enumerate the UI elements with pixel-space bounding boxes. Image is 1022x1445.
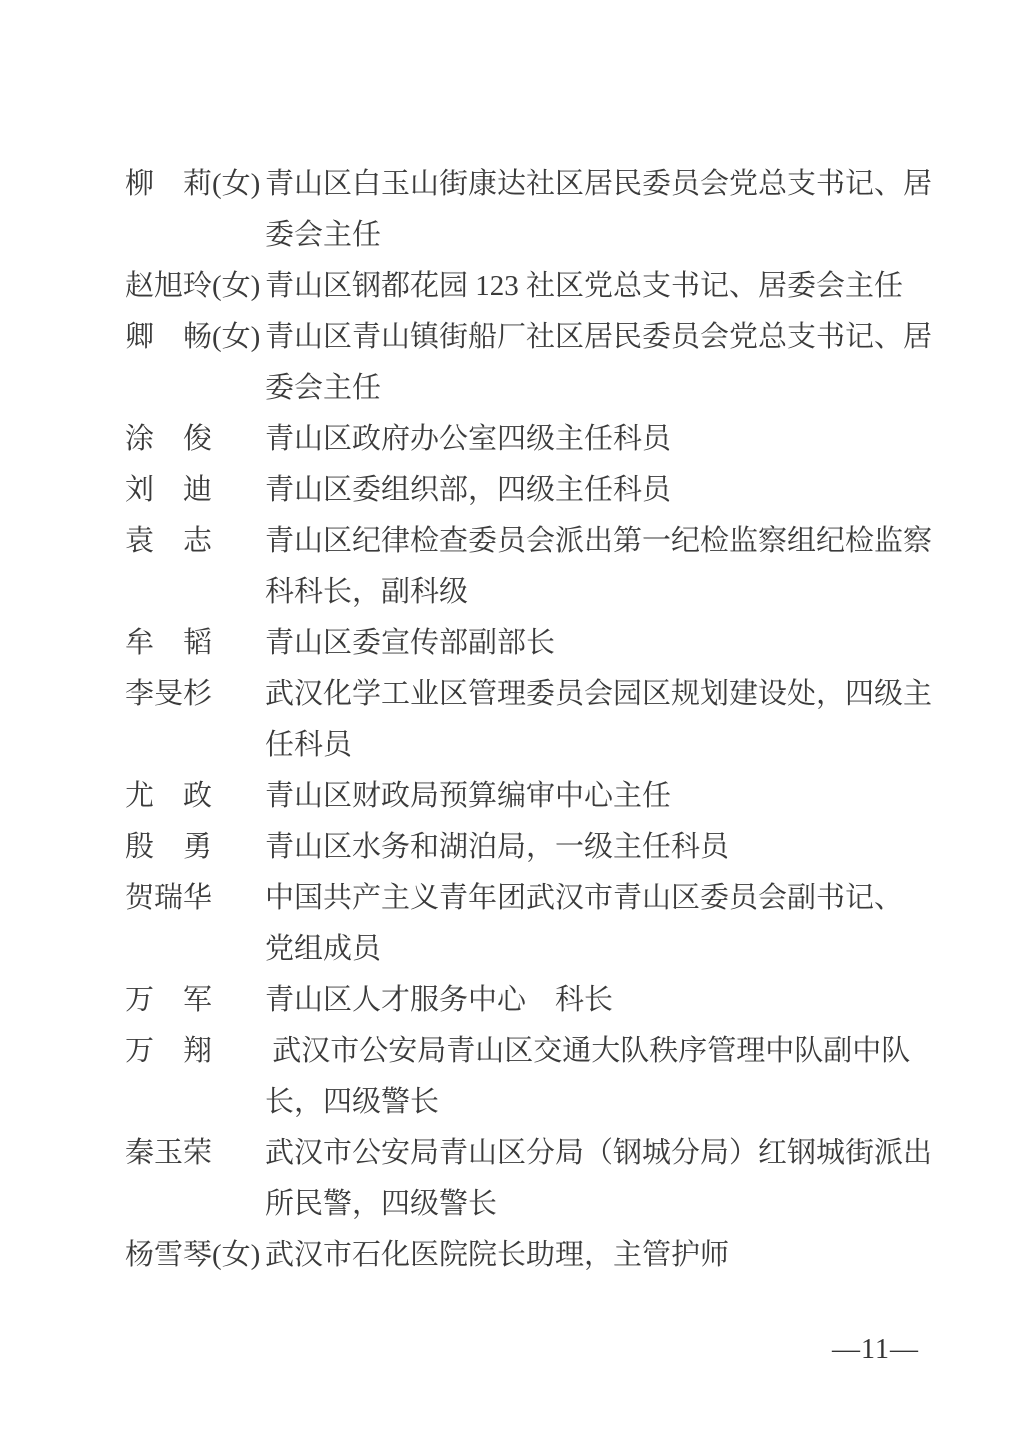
list-item: 万 翔 武汉市公安局青山区交通大队秩序管理中队副中队 长，四级警长 bbox=[125, 1026, 935, 1128]
gender-mark: (女) bbox=[212, 270, 260, 302]
position-cell: 武汉市公安局青山区交通大队秩序管理中队副中队 长，四级警长 bbox=[265, 1026, 935, 1128]
person-name-cell: 赵旭玲(女) bbox=[125, 261, 265, 312]
position-cell: 青山区政府办公室四级主任科员 bbox=[265, 414, 935, 465]
person-name: 刘 迪 bbox=[125, 474, 212, 506]
person-name: 卿 畅 bbox=[125, 321, 212, 353]
list-item: 卿 畅(女) 青山区青山镇街船厂社区居民委员会党总支书记、居 委会主任 bbox=[125, 312, 935, 414]
position-line: 武汉市公安局青山区分局（钢城分局）红钢城街派出 bbox=[265, 1128, 935, 1179]
person-name-cell: 李旻杉 bbox=[125, 669, 265, 720]
gender-mark: (女) bbox=[212, 1239, 260, 1271]
position-line: 青山区委宣传部副部长 bbox=[265, 618, 935, 669]
list-item: 袁 志 青山区纪律检查委员会派出第一纪检监察组纪检监察 科科长，副科级 bbox=[125, 516, 935, 618]
person-name-cell: 刘 迪 bbox=[125, 465, 265, 516]
person-name: 秦玉荣 bbox=[125, 1137, 212, 1169]
person-name: 杨雪琴 bbox=[125, 1239, 212, 1271]
person-name: 万 军 bbox=[125, 984, 212, 1016]
position-line: 武汉市石化医院院长助理，主管护师 bbox=[265, 1230, 935, 1281]
position-cell: 青山区委宣传部副部长 bbox=[265, 618, 935, 669]
position-line: 青山区人才服务中心 科长 bbox=[265, 975, 935, 1026]
position-line: 青山区钢都花园 123 社区党总支书记、居委会主任 bbox=[265, 261, 935, 312]
position-line: 委会主任 bbox=[265, 363, 935, 414]
person-name: 涂 俊 bbox=[125, 423, 212, 455]
position-line: 青山区青山镇街船厂社区居民委员会党总支书记、居 bbox=[265, 312, 935, 363]
position-line: 科科长，副科级 bbox=[265, 567, 935, 618]
position-line: 所民警，四级警长 bbox=[265, 1179, 935, 1230]
position-line: 武汉市公安局青山区交通大队秩序管理中队副中队 bbox=[265, 1026, 935, 1077]
position-line: 青山区纪律检查委员会派出第一纪检监察组纪检监察 bbox=[265, 516, 935, 567]
person-name-cell: 涂 俊 bbox=[125, 414, 265, 465]
person-name-cell: 秦玉荣 bbox=[125, 1128, 265, 1179]
position-cell: 青山区钢都花园 123 社区党总支书记、居委会主任 bbox=[265, 261, 935, 312]
position-line: 青山区政府办公室四级主任科员 bbox=[265, 414, 935, 465]
person-name: 赵旭玲 bbox=[125, 270, 212, 302]
person-name-cell: 柳 莉(女) bbox=[125, 159, 265, 210]
gender-mark: (女) bbox=[212, 168, 260, 200]
position-line: 青山区白玉山街康达社区居民委员会党总支书记、居 bbox=[265, 159, 935, 210]
list-item: 殷 勇 青山区水务和湖泊局，一级主任科员 bbox=[125, 822, 935, 873]
list-item: 涂 俊 青山区政府办公室四级主任科员 bbox=[125, 414, 935, 465]
list-item: 万 军 青山区人才服务中心 科长 bbox=[125, 975, 935, 1026]
position-line: 青山区财政局预算编审中心主任 bbox=[265, 771, 935, 822]
position-line: 青山区委组织部，四级主任科员 bbox=[265, 465, 935, 516]
position-cell: 武汉市公安局青山区分局（钢城分局）红钢城街派出 所民警，四级警长 bbox=[265, 1128, 935, 1230]
person-name: 柳 莉 bbox=[125, 168, 212, 200]
position-line: 武汉化学工业区管理委员会园区规划建设处，四级主 bbox=[265, 669, 935, 720]
list-item: 尤 政 青山区财政局预算编审中心主任 bbox=[125, 771, 935, 822]
person-name: 牟 韬 bbox=[125, 627, 212, 659]
person-name-cell: 牟 韬 bbox=[125, 618, 265, 669]
person-name-cell: 万 军 bbox=[125, 975, 265, 1026]
person-name: 尤 政 bbox=[125, 780, 212, 812]
person-name: 贺瑞华 bbox=[125, 882, 212, 914]
position-cell: 武汉市石化医院院长助理，主管护师 bbox=[265, 1230, 935, 1281]
list-item: 杨雪琴(女) 武汉市石化医院院长助理，主管护师 bbox=[125, 1230, 935, 1281]
list-item: 柳 莉(女) 青山区白玉山街康达社区居民委员会党总支书记、居 委会主任 bbox=[125, 159, 935, 261]
position-cell: 青山区水务和湖泊局，一级主任科员 bbox=[265, 822, 935, 873]
position-cell: 青山区委组织部，四级主任科员 bbox=[265, 465, 935, 516]
page-number: —11— bbox=[832, 1332, 919, 1368]
position-cell: 青山区人才服务中心 科长 bbox=[265, 975, 935, 1026]
list-item: 牟 韬 青山区委宣传部副部长 bbox=[125, 618, 935, 669]
person-name: 殷 勇 bbox=[125, 831, 212, 863]
person-name-cell: 贺瑞华 bbox=[125, 873, 265, 924]
person-name-cell: 尤 政 bbox=[125, 771, 265, 822]
list-item: 李旻杉 武汉化学工业区管理委员会园区规划建设处，四级主 任科员 bbox=[125, 669, 935, 771]
person-name-cell: 卿 畅(女) bbox=[125, 312, 265, 363]
list-item: 秦玉荣 武汉市公安局青山区分局（钢城分局）红钢城街派出 所民警，四级警长 bbox=[125, 1128, 935, 1230]
person-name: 万 翔 bbox=[125, 1035, 212, 1067]
position-cell: 青山区青山镇街船厂社区居民委员会党总支书记、居 委会主任 bbox=[265, 312, 935, 414]
position-cell: 青山区财政局预算编审中心主任 bbox=[265, 771, 935, 822]
position-line: 中国共产主义青年团武汉市青山区委员会副书记、 bbox=[265, 873, 935, 924]
person-name: 袁 志 bbox=[125, 525, 212, 557]
position-cell: 青山区纪律检查委员会派出第一纪检监察组纪检监察 科科长，副科级 bbox=[265, 516, 935, 618]
position-line: 任科员 bbox=[265, 720, 935, 771]
person-name-cell: 杨雪琴(女) bbox=[125, 1230, 265, 1281]
list-item: 刘 迪 青山区委组织部，四级主任科员 bbox=[125, 465, 935, 516]
document-page: 柳 莉(女) 青山区白玉山街康达社区居民委员会党总支书记、居 委会主任 赵旭玲(… bbox=[0, 0, 1022, 1445]
gender-mark: (女) bbox=[212, 321, 260, 353]
position-line: 长，四级警长 bbox=[265, 1077, 935, 1128]
personnel-list: 柳 莉(女) 青山区白玉山街康达社区居民委员会党总支书记、居 委会主任 赵旭玲(… bbox=[125, 159, 935, 1281]
person-name-cell: 袁 志 bbox=[125, 516, 265, 567]
list-item: 贺瑞华 中国共产主义青年团武汉市青山区委员会副书记、 党组成员 bbox=[125, 873, 935, 975]
position-line: 青山区水务和湖泊局，一级主任科员 bbox=[265, 822, 935, 873]
person-name: 李旻杉 bbox=[125, 678, 212, 710]
person-name-cell: 殷 勇 bbox=[125, 822, 265, 873]
position-cell: 武汉化学工业区管理委员会园区规划建设处，四级主 任科员 bbox=[265, 669, 935, 771]
position-cell: 青山区白玉山街康达社区居民委员会党总支书记、居 委会主任 bbox=[265, 159, 935, 261]
position-line: 党组成员 bbox=[265, 924, 935, 975]
position-cell: 中国共产主义青年团武汉市青山区委员会副书记、 党组成员 bbox=[265, 873, 935, 975]
position-line: 委会主任 bbox=[265, 210, 935, 261]
list-item: 赵旭玲(女) 青山区钢都花园 123 社区党总支书记、居委会主任 bbox=[125, 261, 935, 312]
person-name-cell: 万 翔 bbox=[125, 1026, 265, 1077]
